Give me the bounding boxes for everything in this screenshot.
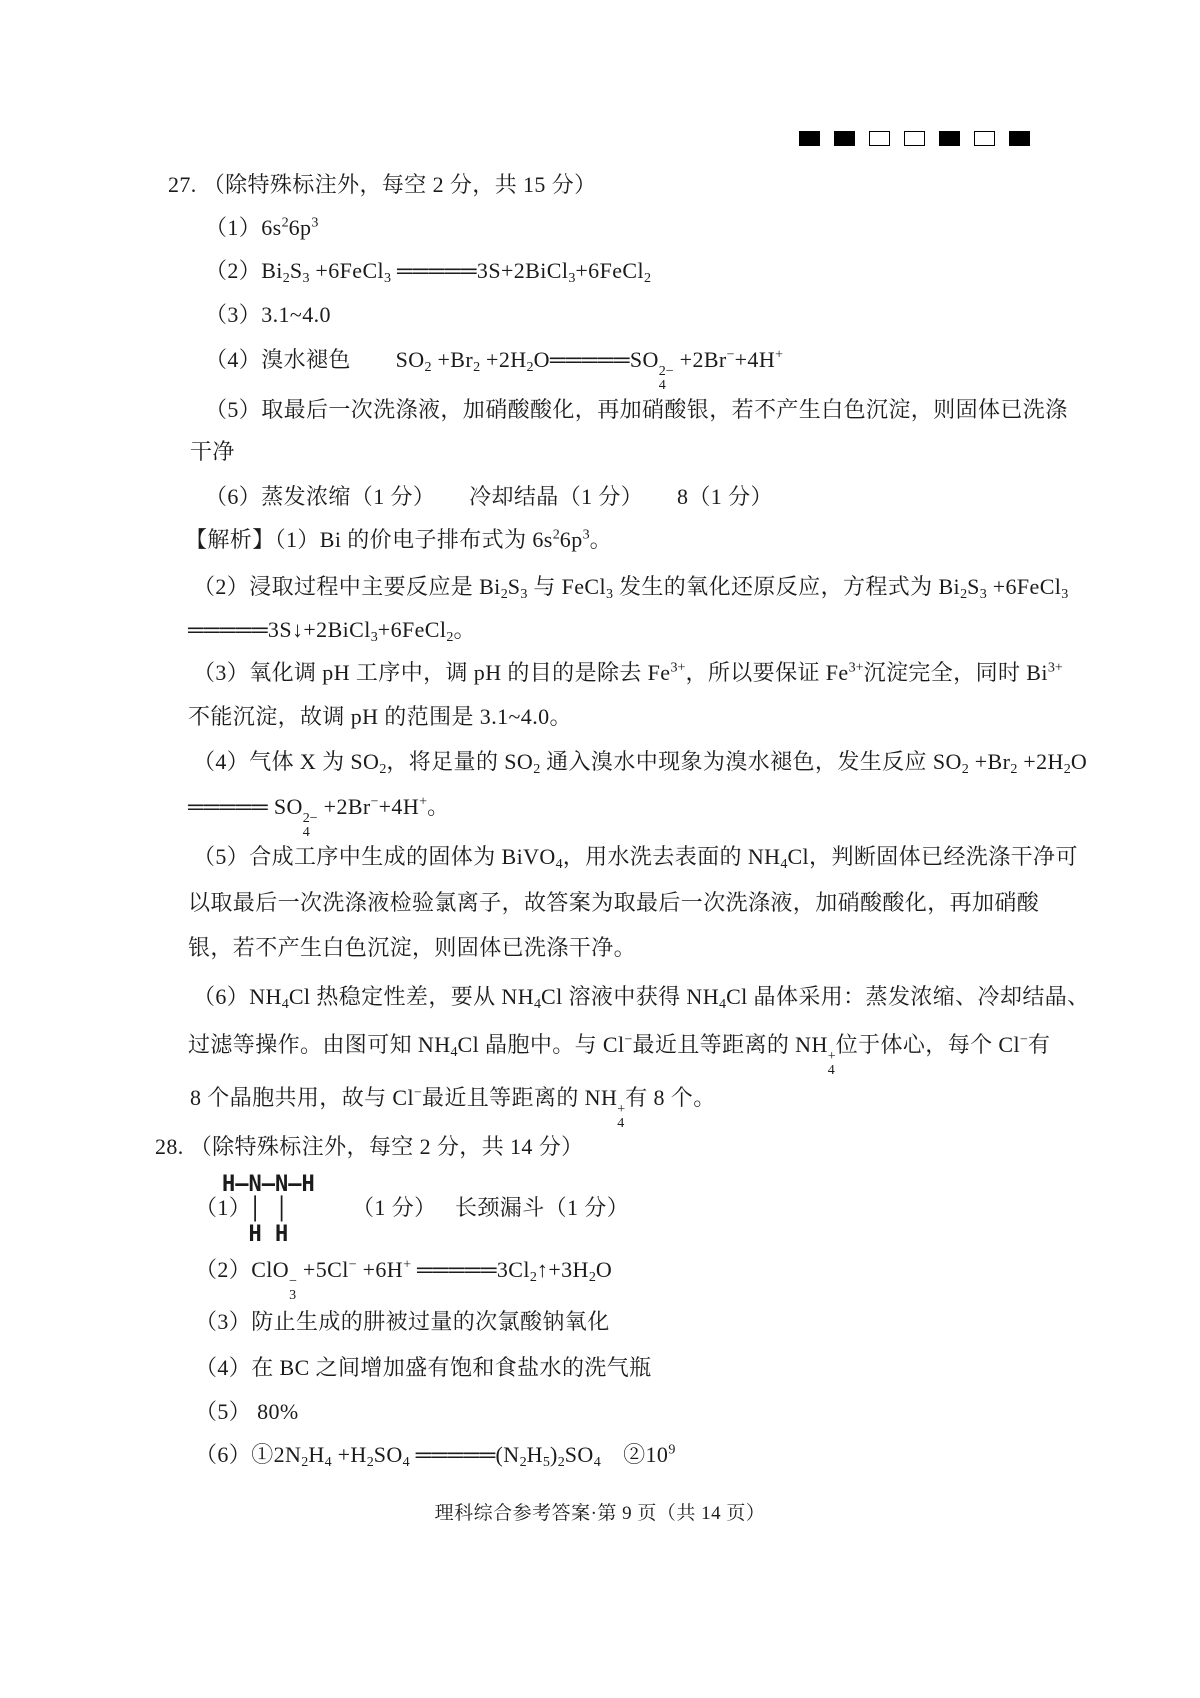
analysis-line: 不能沉淀，故调 pH 的范围是 3.1~4.0。 (188, 703, 572, 731)
marker-square-empty (904, 131, 925, 146)
question-27-header-text: （除特殊标注外，每空 2 分，共 15 分） (203, 172, 597, 197)
structure-row: H—N—N—H (222, 1172, 315, 1197)
analysis-line: （4）气体 X 为 SO2，将足量的 SO2 通入溴水中现象为溴水褪色，发生反应… (193, 748, 1087, 776)
analysis-line: 以取最后一次洗涤液检验氯离子，故答案为取最后一次洗涤液，加硝酸酸化，再加硝酸 (188, 889, 1039, 917)
question-27-header: 27.（除特殊标注外，每空 2 分，共 15 分） (168, 171, 597, 199)
marker-square-empty (869, 131, 890, 146)
answer-line: （6）蒸发浓缩（1 分） 冷却结晶（1 分） 8（1 分） (205, 483, 773, 511)
answer-line: （2）ClO−3 +5Cl− +6H+ ═════3Cl2↑+3H2O (195, 1256, 612, 1302)
structure-row: H H (222, 1222, 315, 1247)
marker-square-filled (1009, 131, 1030, 146)
answer-line: （3）3.1~4.0 (205, 301, 331, 329)
analysis-line: （6）NH4Cl 热稳定性差，要从 NH4Cl 溶液中获得 NH4Cl 晶体采用… (193, 983, 1090, 1011)
answer-line: （4）在 BC 之间增加盛有饱和食盐水的洗气瓶 (195, 1354, 652, 1382)
question-27-number: 27. (168, 172, 197, 197)
item1-answer2: 长颈漏斗（1 分） (455, 1194, 629, 1222)
analysis-line: ═════3S↓+2BiCl3+6FeCl2。 (188, 616, 476, 644)
analysis-line: （2）浸取过程中主要反应是 Bi2S3 与 FeCl3 发生的氧化还原反应，方程… (193, 573, 1068, 601)
answer-line: （6）①2N2H4 +H2SO4 ═════(N2H5)2SO4 ②109 (195, 1441, 675, 1469)
analysis-label-line: 【解析】（1）Bi 的价电子排布式为 6s26p3。 (185, 526, 612, 554)
marker-square-filled (939, 131, 960, 146)
analysis-line: （3）氧化调 pH 工序中，调 pH 的目的是除去 Fe3+，所以要保证 Fe3… (193, 659, 1063, 687)
answer-line: （1）6s26p3 (205, 214, 318, 242)
marker-square-filled (799, 131, 820, 146)
answer-line: （5）取最后一次洗涤液，加硝酸酸化，再加硝酸银，若不产生白色沉淀，则固体已洗涤 (205, 396, 1068, 424)
hydrazine-structure: H—N—N—H │ │ H H (222, 1172, 315, 1247)
analysis-line: 8 个晶胞共用，故与 Cl−最近且等距离的 NH+4有 8 个。 (190, 1084, 716, 1130)
question-28-number: 28. (155, 1134, 184, 1159)
item1-score: （1 分） (352, 1194, 437, 1222)
marker-square-empty (974, 131, 995, 146)
answer-line: 干净 (190, 438, 235, 466)
answer-line: （5） 80% (195, 1398, 299, 1426)
marker-squares-row (799, 131, 1044, 146)
question-28-header: 28.（除特殊标注外，每空 2 分，共 14 分） (155, 1133, 584, 1161)
answer-line: （3）防止生成的肼被过量的次氯酸钠氧化 (195, 1308, 610, 1336)
analysis-line: ═════ SO2−4 +2Br−+4H+。 (188, 793, 449, 839)
marker-square-filled (834, 131, 855, 146)
answer-line: （2）Bi2S3 +6FeCl3 ═════3S+2BiCl3+6FeCl2 (205, 257, 651, 285)
analysis-line: （5）合成工序中生成的固体为 BiVO4，用水洗去表面的 NH4Cl，判断固体已… (193, 843, 1078, 871)
analysis-line: 银，若不产生白色沉淀，则固体已洗涤干净。 (188, 934, 636, 962)
answer-sheet-page: 27.（除特殊标注外，每空 2 分，共 15 分） （1）6s26p3 （2）B… (0, 0, 1200, 1698)
question-28-header-text: （除特殊标注外，每空 2 分，共 14 分） (190, 1134, 584, 1159)
analysis-line: 过滤等操作。由图可知 NH4Cl 晶胞中。与 Cl−最近且等距离的 NH+4位于… (188, 1031, 1050, 1077)
page-footer: 理科综合参考答案·第 9 页（共 14 页） (0, 1498, 1200, 1525)
structure-row: │ │ (222, 1197, 315, 1222)
answer-line: （4）溴水褪色 SO2 +Br2 +2H2O═════SO2−4 +2Br−+4… (205, 346, 783, 392)
